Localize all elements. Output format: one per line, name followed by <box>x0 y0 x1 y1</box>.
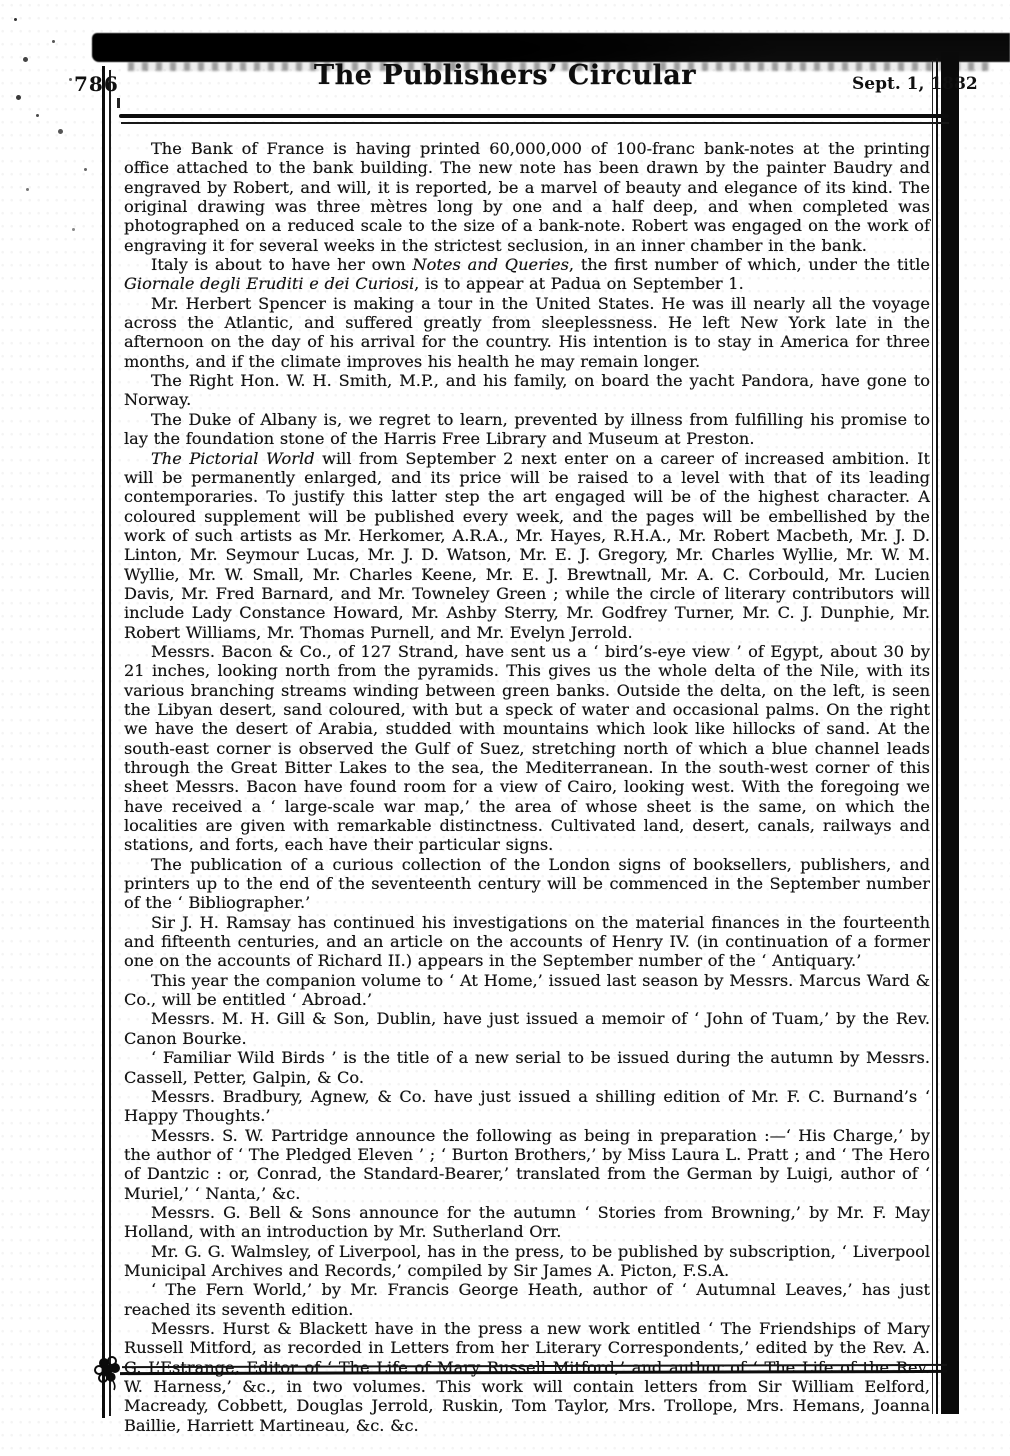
paragraph: This year the companion volume to ‘ At H… <box>124 971 930 1010</box>
left-border-rule-inner <box>109 70 111 1416</box>
body-text: The Duke of Albany is, we regret to lear… <box>124 410 930 448</box>
paragraph: The Bank of France is having printed 60,… <box>124 139 930 255</box>
body-text: The Right Hon. W. H. Smith, M.P., and hi… <box>124 371 930 409</box>
scan-smudge-top-band <box>92 33 1010 62</box>
scan-gutter-band <box>941 52 959 1414</box>
paragraph: The Duke of Albany is, we regret to lear… <box>124 410 930 449</box>
italic-title-text: Notes and Queries <box>412 255 568 274</box>
paragraph: Messrs. Bacon & Co., of 127 Strand, have… <box>124 642 930 855</box>
body-text: The Bank of France is having printed 60,… <box>124 139 930 255</box>
body-text: The publication of a curious collection … <box>124 855 930 913</box>
article-body: The Bank of France is having printed 60,… <box>124 139 930 1435</box>
header-double-rule-bottom <box>121 122 949 124</box>
body-text: Messrs. S. W. Partridge announce the fol… <box>124 1126 930 1203</box>
left-border-rule-outer <box>102 66 105 1418</box>
issue-date: Sept. 1, 1882 <box>852 74 978 94</box>
body-text: Italy is about to have her own <box>151 255 412 274</box>
scanned-page: 786 The Publishers’ Circular Sept. 1, 18… <box>0 0 1010 1456</box>
right-border-rule-thin <box>932 60 933 1414</box>
scan-noise-dots <box>14 18 17 21</box>
paragraph: Italy is about to have her own Notes and… <box>124 255 930 294</box>
paragraph: ‘ Familiar Wild Birds ’ is the title of … <box>124 1048 930 1087</box>
body-text: Messrs. M. H. Gill & Son, Dublin, have j… <box>124 1009 930 1047</box>
paragraph: Messrs. Bradbury, Agnew, & Co. have just… <box>124 1087 930 1126</box>
body-text: This year the companion volume to ‘ At H… <box>124 971 930 1009</box>
paragraph: Messrs. Hurst & Blackett have in the pre… <box>124 1319 930 1435</box>
body-text: will from September 2 next enter on a ca… <box>124 449 930 642</box>
paragraph: The publication of a curious collection … <box>124 855 930 913</box>
paragraph: Mr. G. G. Walmsley, of Liverpool, has in… <box>124 1242 930 1281</box>
body-text: Messrs. Bacon & Co., of 127 Strand, have… <box>124 642 930 854</box>
italic-title-text: The Pictorial World <box>151 449 315 468</box>
paragraph: Messrs. M. H. Gill & Son, Dublin, have j… <box>124 1009 930 1048</box>
body-text: Messrs. G. Bell & Sons announce for the … <box>124 1203 930 1241</box>
body-text: Mr. Herbert Spencer is making a tour in … <box>124 294 930 371</box>
body-text: , is to appear at Padua on September 1. <box>414 274 744 293</box>
right-border-rule <box>936 58 938 1414</box>
paragraph: Messrs. S. W. Partridge announce the fol… <box>124 1126 930 1203</box>
italic-title-text: Giornale degli Eruditi e dei Curiosi <box>124 274 414 293</box>
body-text: Sir J. H. Ramsay has continued his inves… <box>124 913 930 971</box>
paragraph: Sir J. H. Ramsay has continued his inves… <box>124 913 930 971</box>
paragraph: ‘ The Fern World,’ by Mr. Francis George… <box>124 1280 930 1319</box>
body-text: , the first number of which, under the t… <box>569 255 930 274</box>
scan-stray-mark <box>117 98 120 108</box>
body-text: Mr. G. G. Walmsley, of Liverpool, has in… <box>124 1242 930 1280</box>
paragraph: Messrs. G. Bell & Sons announce for the … <box>124 1203 930 1242</box>
body-text: ‘ Familiar Wild Birds ’ is the title of … <box>124 1048 930 1086</box>
paragraph: The Right Hon. W. H. Smith, M.P., and hi… <box>124 371 930 410</box>
printer-flower-ornament-icon <box>93 1356 125 1396</box>
body-text: Messrs. Hurst & Blackett have in the pre… <box>124 1319 930 1435</box>
body-text: ‘ The Fern World,’ by Mr. Francis George… <box>124 1280 930 1318</box>
body-text: Messrs. Bradbury, Agnew, & Co. have just… <box>124 1087 930 1125</box>
paragraph: The Pictorial World will from September … <box>124 449 930 642</box>
paragraph: Mr. Herbert Spencer is making a tour in … <box>124 294 930 371</box>
header-double-rule-top <box>119 114 949 118</box>
